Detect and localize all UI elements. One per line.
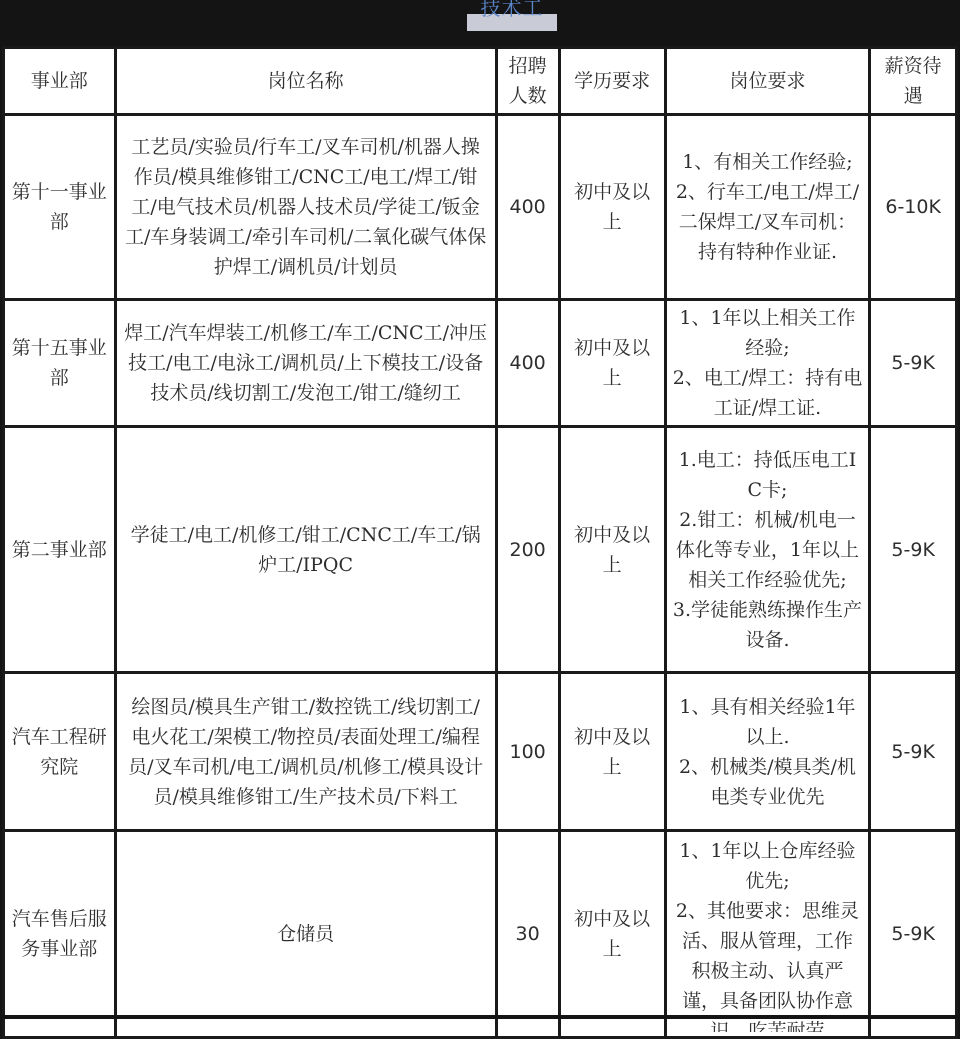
requirement-line: 2、其他要求：思维灵活、服从管理，工作积极主动、认真严谨，具备团队协作意识，吃苦… <box>673 896 863 1019</box>
positions-cell: 仓储员 <box>115 831 496 1020</box>
header-headcount: 招聘人数 <box>496 48 559 115</box>
requirement-line: 3.学徒能熟练操作生产设备. <box>673 595 863 655</box>
department-cell: 第十一事业部 <box>4 115 116 300</box>
requirement-line: 2、行车工/电工/焊工/二保焊工/叉车司机：持有特种作业证. <box>673 177 863 267</box>
table-row: 第二事业部 学徒工/电工/机修工/钳工/CNC工/车工/锅炉工/IPQC 200… <box>4 427 957 673</box>
table-row: 第十一事业部 工艺员/实验员/行车工/叉车司机/机器人操作员/模具维修钳工/CN… <box>4 115 957 300</box>
salary-cell: 5-9K <box>870 673 957 831</box>
requirement-line: 2、电工/焊工：持有电工证/焊工证. <box>673 363 863 423</box>
requirements-cell: 1、具有相关经验1年以上. 2、机械类/模具类/机电类专业优先 <box>665 673 870 831</box>
headcount-cell: 200 <box>496 427 559 673</box>
header-requirements: 岗位要求 <box>665 48 870 115</box>
requirements-cell: 1.电工：持低压电工IC卡; 2.钳工：机械/机电一体化等专业，1年以上相关工作… <box>665 427 870 673</box>
requirements-cell: 1、1年以上相关工作经验; 2、电工/焊工：持有电工证/焊工证. <box>665 300 870 427</box>
page-title: 技术工 <box>467 0 557 21</box>
requirement-line: 2.钳工：机械/机电一体化等专业，1年以上相关工作经验优先; <box>673 505 863 595</box>
title-bar: 技术工 <box>0 0 960 46</box>
salary-cell: 5-9K <box>870 831 957 1020</box>
salary-cell: 6-10K <box>870 115 957 300</box>
positions-cell: 绘图员/模具生产钳工/数控铣工/线切割工/电火花工/架模工/物控员/表面处理工/… <box>115 673 496 831</box>
requirements-cell: 1、有相关工作经验; 2、行车工/电工/焊工/二保焊工/叉车司机：持有特种作业证… <box>665 115 870 300</box>
requirements-wrapper: 1、1年以上仓库经验优先; 2、其他要求：思维灵活、服从管理，工作积极主动、认真… <box>673 836 863 1019</box>
recruitment-table: 事业部 岗位名称 招聘人数 学历要求 岗位要求 薪资待遇 第十一事业部 工艺员/… <box>2 46 958 1019</box>
table-row: 第十五事业部 焊工/汽车焊装工/机修工/车工/CNC工/冲压技工/电工/电泳工/… <box>4 300 957 427</box>
education-cell: 初中及以上 <box>559 831 665 1020</box>
education-cell: 初中及以上 <box>559 300 665 427</box>
requirement-line: 1、1年以上相关工作经验; <box>673 303 863 363</box>
requirement-line: 2、机械类/模具类/机电类专业优先 <box>673 752 863 812</box>
salary-cell: 5-9K <box>870 427 957 673</box>
requirement-line: 1、有相关工作经验; <box>673 147 863 177</box>
education-cell: 初中及以上 <box>559 673 665 831</box>
header-education: 学历要求 <box>559 48 665 115</box>
department-cell: 第十五事业部 <box>4 300 116 427</box>
salary-cell: 5-9K <box>870 300 957 427</box>
table-header-row: 事业部 岗位名称 招聘人数 学历要求 岗位要求 薪资待遇 <box>4 48 957 115</box>
requirement-line: 1、具有相关经验1年以上. <box>673 692 863 752</box>
positions-cell: 学徒工/电工/机修工/钳工/CNC工/车工/锅炉工/IPQC <box>115 427 496 673</box>
positions-cell: 工艺员/实验员/行车工/叉车司机/机器人操作员/模具维修钳工/CNC工/电工/焊… <box>115 115 496 300</box>
table-row: 汽车工程研究院 绘图员/模具生产钳工/数控铣工/线切割工/电火花工/架模工/物控… <box>4 673 957 831</box>
header-positions: 岗位名称 <box>115 48 496 115</box>
education-cell: 初中及以上 <box>559 115 665 300</box>
headcount-cell: 400 <box>496 300 559 427</box>
headcount-cell: 30 <box>496 831 559 1020</box>
table-row: 汽车售后服务事业部 仓储员 30 初中及以上 1、1年以上仓库经验优先; 2、其… <box>4 831 957 1020</box>
education-cell: 初中及以上 <box>559 427 665 673</box>
header-salary: 薪资待遇 <box>870 48 957 115</box>
positions-cell: 焊工/汽车焊装工/机修工/车工/CNC工/冲压技工/电工/电泳工/调机员/上下模… <box>115 300 496 427</box>
requirements-cell: 1、1年以上仓库经验优先; 2、其他要求：思维灵活、服从管理，工作积极主动、认真… <box>665 831 870 1020</box>
headcount-cell: 400 <box>496 115 559 300</box>
requirement-line: 1.电工：持低压电工IC卡; <box>673 445 863 505</box>
department-cell: 第二事业部 <box>4 427 116 673</box>
department-cell: 汽车工程研究院 <box>4 673 116 831</box>
department-cell: 汽车售后服务事业部 <box>4 831 116 1020</box>
headcount-cell: 100 <box>496 673 559 831</box>
header-department: 事业部 <box>4 48 116 115</box>
bottom-edge <box>0 1015 960 1019</box>
requirement-line: 1、1年以上仓库经验优先; <box>673 836 863 896</box>
